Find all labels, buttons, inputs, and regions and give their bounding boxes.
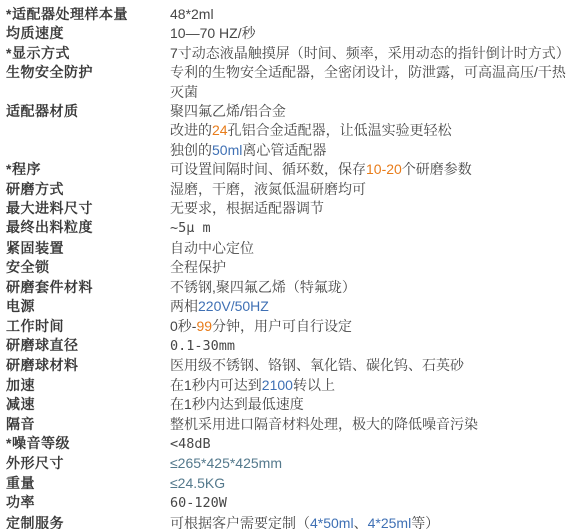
spec-value-segment: ~5μ m [170, 220, 211, 236]
spec-value-segment: 全程保护 [170, 259, 226, 275]
spec-value-segment: 在1秒内可达到 [170, 377, 262, 393]
spec-value-segment: <48dB [170, 436, 211, 452]
spec-label: 最大进料尺寸 [0, 199, 170, 218]
spec-value: ≤24.5KG [170, 474, 587, 493]
spec-label: 生物安全防护 [0, 63, 170, 82]
spec-label: 研磨球直径 [0, 336, 170, 355]
spec-value-line: 自动中心定位 [170, 239, 587, 258]
spec-value-segment: 4*50ml [310, 515, 354, 529]
spec-row: 加速在1秒内可达到2100转以上 [0, 376, 587, 395]
spec-value-line: 0.1-30mm [170, 336, 587, 356]
spec-row: 电源两相220V/50HZ [0, 297, 587, 316]
spec-value: 7寸动态液晶触摸屏（时间、频率，采用动态的指针倒计时方式） [170, 44, 587, 63]
spec-value-segment: 转以上 [293, 377, 335, 393]
spec-value-line: 独创的50ml离心管适配器 [170, 141, 587, 160]
spec-value-segment: 60-120W [170, 495, 227, 511]
spec-label: 功率 [0, 493, 170, 512]
spec-value: ≤265*425*425mm [170, 454, 587, 473]
spec-row: *噪音等级<48dB [0, 434, 587, 454]
spec-value-segment: 无要求，根据适配器调节 [170, 200, 324, 216]
spec-value-segment: 在1秒内达到最低速度 [170, 396, 304, 412]
spec-row: 最终出料粒度~5μ m [0, 218, 587, 238]
spec-value: 聚四氟乙烯/铝合金改进的24孔铝合金适配器，让低温实验更轻松独创的50ml离心管… [170, 102, 587, 160]
spec-label: *适配器处理样本量 [0, 5, 170, 24]
spec-label: *噪音等级 [0, 434, 170, 453]
spec-row: 生物安全防护专利的生物安全适配器，全密闭设计，防泄露，可高温高压/干热灭菌 [0, 63, 587, 102]
spec-row: *适配器处理样本量48*2ml [0, 5, 587, 24]
spec-row: *程序可设置间隔时间、循环数，保存10-20个研磨参数 [0, 160, 587, 179]
spec-row: *显示方式7寸动态液晶触摸屏（时间、频率，采用动态的指针倒计时方式） [0, 44, 587, 63]
spec-value-segment: 、 [354, 515, 368, 529]
spec-value-segment: 50ml [212, 142, 242, 158]
spec-table: *适配器处理样本量48*2ml均质速度10—70 HZ/秒*显示方式7寸动态液晶… [0, 5, 587, 529]
spec-row: 研磨方式湿磨，干磨，液氮低温研磨均可 [0, 180, 587, 199]
spec-value-segment: 医用级不锈钢、铬钢、氧化锆、碳化钨、石英砂 [170, 357, 464, 373]
spec-value-segment: 离心管适配器 [242, 142, 326, 158]
spec-value-line: 湿磨，干磨，液氮低温研磨均可 [170, 180, 587, 199]
spec-value-segment: 等） [411, 515, 439, 529]
spec-row: 研磨球材料医用级不锈钢、铬钢、氧化锆、碳化钨、石英砂 [0, 356, 587, 375]
spec-value-line: 专利的生物安全适配器，全密闭设计，防泄露，可高温高压/干热 [170, 63, 587, 82]
spec-value: 可根据客户需要定制（4*50ml、4*25ml等） [170, 514, 587, 529]
spec-value-line: 0秒-99分钟，用户可自行设定 [170, 317, 587, 336]
spec-value-segment: 10—70 HZ/秒 [170, 25, 256, 41]
spec-label: 研磨方式 [0, 180, 170, 199]
spec-value-segment: 99 [196, 318, 212, 334]
spec-value: 0秒-99分钟，用户可自行设定 [170, 317, 587, 336]
spec-row: 最大进料尺寸无要求，根据适配器调节 [0, 199, 587, 218]
spec-label: 重量 [0, 474, 170, 493]
spec-value-segment: 个研磨参数 [402, 161, 472, 177]
spec-value: 专利的生物安全适配器，全密闭设计，防泄露，可高温高压/干热灭菌 [170, 63, 587, 102]
spec-value-line: 7寸动态液晶触摸屏（时间、频率，采用动态的指针倒计时方式） [170, 44, 587, 63]
spec-value-segment: 4*25ml [368, 515, 412, 529]
spec-row: 外形尺寸≤265*425*425mm [0, 454, 587, 473]
spec-value: ~5μ m [170, 218, 587, 238]
spec-label: 工作时间 [0, 317, 170, 336]
spec-value-line: ≤265*425*425mm [170, 454, 587, 473]
spec-value-segment: 2100 [262, 377, 293, 393]
spec-value-line: 不锈钢,聚四氟乙烯（特氟珑） [170, 278, 587, 297]
spec-label: 减速 [0, 395, 170, 414]
spec-value-segment: 7寸动态液晶触摸屏（时间、频率，采用动态的指针倒计时方式） [170, 45, 570, 61]
spec-label: 适配器材质 [0, 102, 170, 121]
spec-label: *显示方式 [0, 44, 170, 63]
spec-value: 两相220V/50HZ [170, 297, 587, 316]
spec-value-segment: 独创的 [170, 142, 212, 158]
spec-value: 自动中心定位 [170, 239, 587, 258]
spec-row: 研磨套件材料不锈钢,聚四氟乙烯（特氟珑） [0, 278, 587, 297]
spec-value-segment: 专利的生物安全适配器，全密闭设计，防泄露，可高温高压/干热 [170, 64, 566, 80]
spec-value-line: 全程保护 [170, 258, 587, 277]
spec-value-segment: 分钟，用户可自行设定 [212, 318, 352, 334]
spec-label: 电源 [0, 297, 170, 316]
spec-value: 全程保护 [170, 258, 587, 277]
spec-value: 不锈钢,聚四氟乙烯（特氟珑） [170, 278, 587, 297]
spec-value-line: 灭菌 [170, 83, 587, 102]
spec-value-segment: 自动中心定位 [170, 240, 254, 256]
spec-value: 在1秒内达到最低速度 [170, 395, 587, 414]
spec-value: 在1秒内可达到2100转以上 [170, 376, 587, 395]
spec-row: 隔音整机采用进口隔音材料处理，极大的降低噪音污染 [0, 415, 587, 434]
spec-value-segment: 两相 [170, 298, 198, 314]
spec-value-segment: 孔铝合金适配器，让低温实验更轻松 [228, 122, 452, 138]
spec-row: 研磨球直径0.1-30mm [0, 336, 587, 356]
spec-label: 研磨套件材料 [0, 278, 170, 297]
spec-value-segment: 湿磨，干磨，液氮低温研磨均可 [170, 181, 366, 197]
spec-value-segment: 可根据客户需要定制（ [170, 515, 310, 529]
spec-label: 均质速度 [0, 24, 170, 43]
spec-value: 湿磨，干磨，液氮低温研磨均可 [170, 180, 587, 199]
spec-value-segment: 可设置间隔时间、循环数，保存 [170, 161, 366, 177]
spec-row: 功率60-120W [0, 493, 587, 513]
spec-value: 整机采用进口隔音材料处理，极大的降低噪音污染 [170, 415, 587, 434]
spec-label: 研磨球材料 [0, 356, 170, 375]
spec-value-line: ~5μ m [170, 218, 587, 238]
spec-label: 加速 [0, 376, 170, 395]
spec-value-line: 10—70 HZ/秒 [170, 24, 587, 43]
spec-label: 紧固装置 [0, 239, 170, 258]
spec-value-line: 在1秒内可达到2100转以上 [170, 376, 587, 395]
spec-value-line: <48dB [170, 434, 587, 454]
spec-value-line: 在1秒内达到最低速度 [170, 395, 587, 414]
spec-value-segment: 0秒- [170, 318, 196, 334]
spec-label: 外形尺寸 [0, 454, 170, 473]
spec-label: 最终出料粒度 [0, 218, 170, 237]
spec-row: 减速在1秒内达到最低速度 [0, 395, 587, 414]
spec-value-segment: 灭菌 [170, 84, 198, 100]
spec-value-line: 聚四氟乙烯/铝合金 [170, 102, 587, 121]
spec-value-line: 48*2ml [170, 5, 587, 24]
spec-value-line: 改进的24孔铝合金适配器，让低温实验更轻松 [170, 121, 587, 140]
spec-value-segment: 48*2ml [170, 6, 214, 22]
spec-value-line: 可根据客户需要定制（4*50ml、4*25ml等） [170, 514, 587, 529]
spec-value: 0.1-30mm [170, 336, 587, 356]
spec-value-segment: 整机采用进口隔音材料处理，极大的降低噪音污染 [170, 416, 478, 432]
spec-value: 无要求，根据适配器调节 [170, 199, 587, 218]
spec-value-segment: 10-20 [366, 161, 402, 177]
spec-value: 可设置间隔时间、循环数，保存10-20个研磨参数 [170, 160, 587, 179]
spec-value: 医用级不锈钢、铬钢、氧化锆、碳化钨、石英砂 [170, 356, 587, 375]
spec-row: 安全锁全程保护 [0, 258, 587, 277]
spec-row: 适配器材质聚四氟乙烯/铝合金改进的24孔铝合金适配器，让低温实验更轻松独创的50… [0, 102, 587, 160]
spec-value-line: 整机采用进口隔音材料处理，极大的降低噪音污染 [170, 415, 587, 434]
spec-value-segment: 不锈钢,聚四氟乙烯（特氟珑） [170, 279, 356, 295]
spec-value-line: 可设置间隔时间、循环数，保存10-20个研磨参数 [170, 160, 587, 179]
spec-sheet: *适配器处理样本量48*2ml均质速度10—70 HZ/秒*显示方式7寸动态液晶… [0, 0, 587, 529]
spec-row: 紧固装置自动中心定位 [0, 239, 587, 258]
spec-value-segment: ≤265*425*425mm [170, 455, 282, 471]
spec-value-segment: 改进的 [170, 122, 212, 138]
spec-value-segment: 聚四氟乙烯/铝合金 [170, 103, 286, 119]
spec-row: 均质速度10—70 HZ/秒 [0, 24, 587, 43]
spec-value: 48*2ml [170, 5, 587, 24]
spec-value-segment: 0.1-30mm [170, 338, 235, 354]
spec-value-line: 无要求，根据适配器调节 [170, 199, 587, 218]
spec-value-line: 两相220V/50HZ [170, 297, 587, 316]
spec-label: 安全锁 [0, 258, 170, 277]
spec-label: 定制服务 [0, 514, 170, 529]
spec-row: 工作时间0秒-99分钟，用户可自行设定 [0, 317, 587, 336]
spec-row: 重量≤24.5KG [0, 474, 587, 493]
spec-value-segment: ≤24.5KG [170, 475, 225, 491]
spec-value-segment: 220V/50HZ [198, 298, 269, 314]
spec-value-line: ≤24.5KG [170, 474, 587, 493]
spec-value: <48dB [170, 434, 587, 454]
spec-value: 10—70 HZ/秒 [170, 24, 587, 43]
spec-label: *程序 [0, 160, 170, 179]
spec-value-segment: 24 [212, 122, 228, 138]
spec-value: 60-120W [170, 493, 587, 513]
spec-label: 隔音 [0, 415, 170, 434]
spec-row: 定制服务可根据客户需要定制（4*50ml、4*25ml等） [0, 514, 587, 529]
spec-value-line: 医用级不锈钢、铬钢、氧化锆、碳化钨、石英砂 [170, 356, 587, 375]
spec-value-line: 60-120W [170, 493, 587, 513]
